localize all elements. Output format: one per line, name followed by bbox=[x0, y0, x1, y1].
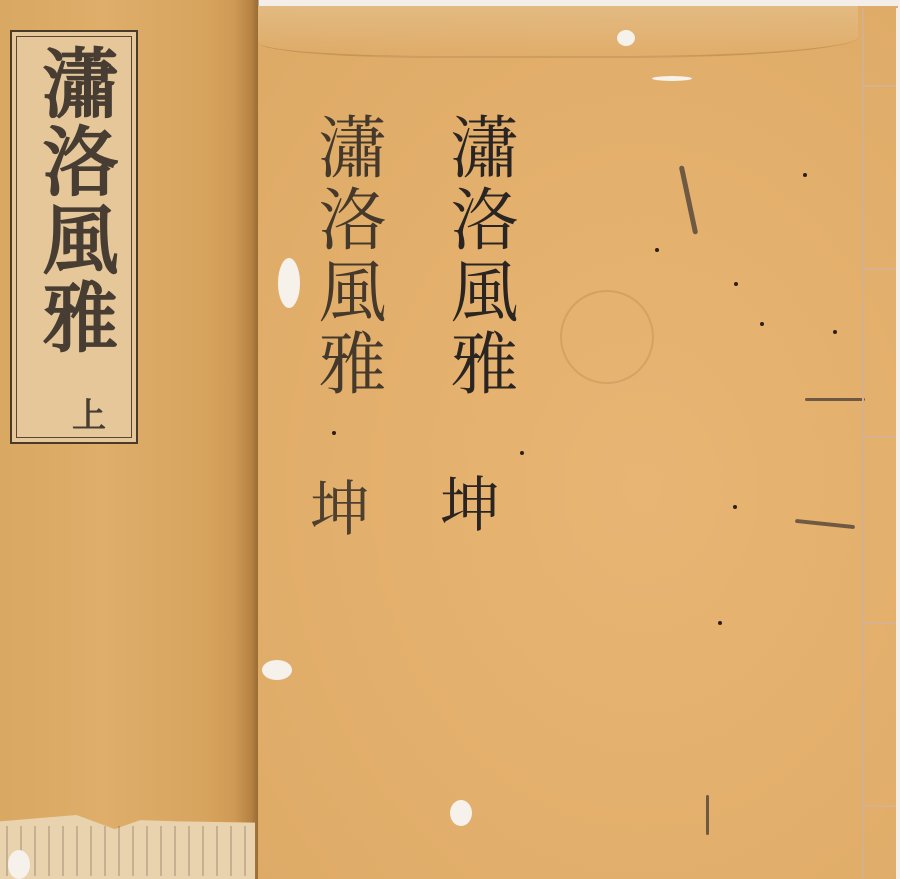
worm-dot bbox=[760, 322, 764, 326]
worm-dot bbox=[332, 431, 336, 435]
handwritten-title-right: 瀟洛風雅 bbox=[438, 112, 518, 400]
handwritten-title-left: 瀟洛風雅 bbox=[306, 112, 386, 400]
worm-hole bbox=[617, 30, 635, 46]
printed-volume-mark: 上 bbox=[72, 388, 106, 437]
worm-hole bbox=[652, 76, 692, 81]
worm-dot bbox=[718, 621, 722, 625]
worm-dot bbox=[520, 451, 524, 455]
worm-hole bbox=[278, 258, 300, 308]
worm-dot bbox=[655, 248, 659, 252]
cover-fold bbox=[235, 0, 259, 879]
worm-dot bbox=[833, 330, 837, 334]
spine-edge bbox=[896, 8, 900, 879]
worm-hole bbox=[450, 800, 472, 826]
worm-track bbox=[805, 398, 865, 401]
handwritten-volume-right: 坤 bbox=[440, 458, 500, 544]
binding-stitch bbox=[862, 805, 898, 807]
worm-hole bbox=[8, 850, 30, 879]
worm-dot bbox=[733, 505, 737, 509]
binding-stitch bbox=[862, 622, 898, 624]
worm-dot bbox=[734, 282, 738, 286]
book-photo: 瀟洛風雅 上 瀟洛風雅 瀟洛風雅 坤 坤 bbox=[0, 0, 900, 879]
printed-title: 瀟洛風雅 bbox=[24, 44, 124, 356]
binding-stitch bbox=[862, 268, 898, 270]
worm-dot bbox=[803, 173, 807, 177]
water-stain-middle bbox=[560, 290, 654, 384]
printed-text-fragment bbox=[6, 826, 246, 876]
water-stain-top bbox=[258, 6, 858, 58]
binding-stitch bbox=[862, 436, 898, 438]
worm-track bbox=[706, 795, 709, 835]
worm-hole bbox=[262, 660, 292, 680]
binding-thread bbox=[862, 8, 864, 879]
binding-stitch bbox=[862, 85, 898, 87]
handwritten-volume-left: 坤 bbox=[310, 462, 370, 548]
